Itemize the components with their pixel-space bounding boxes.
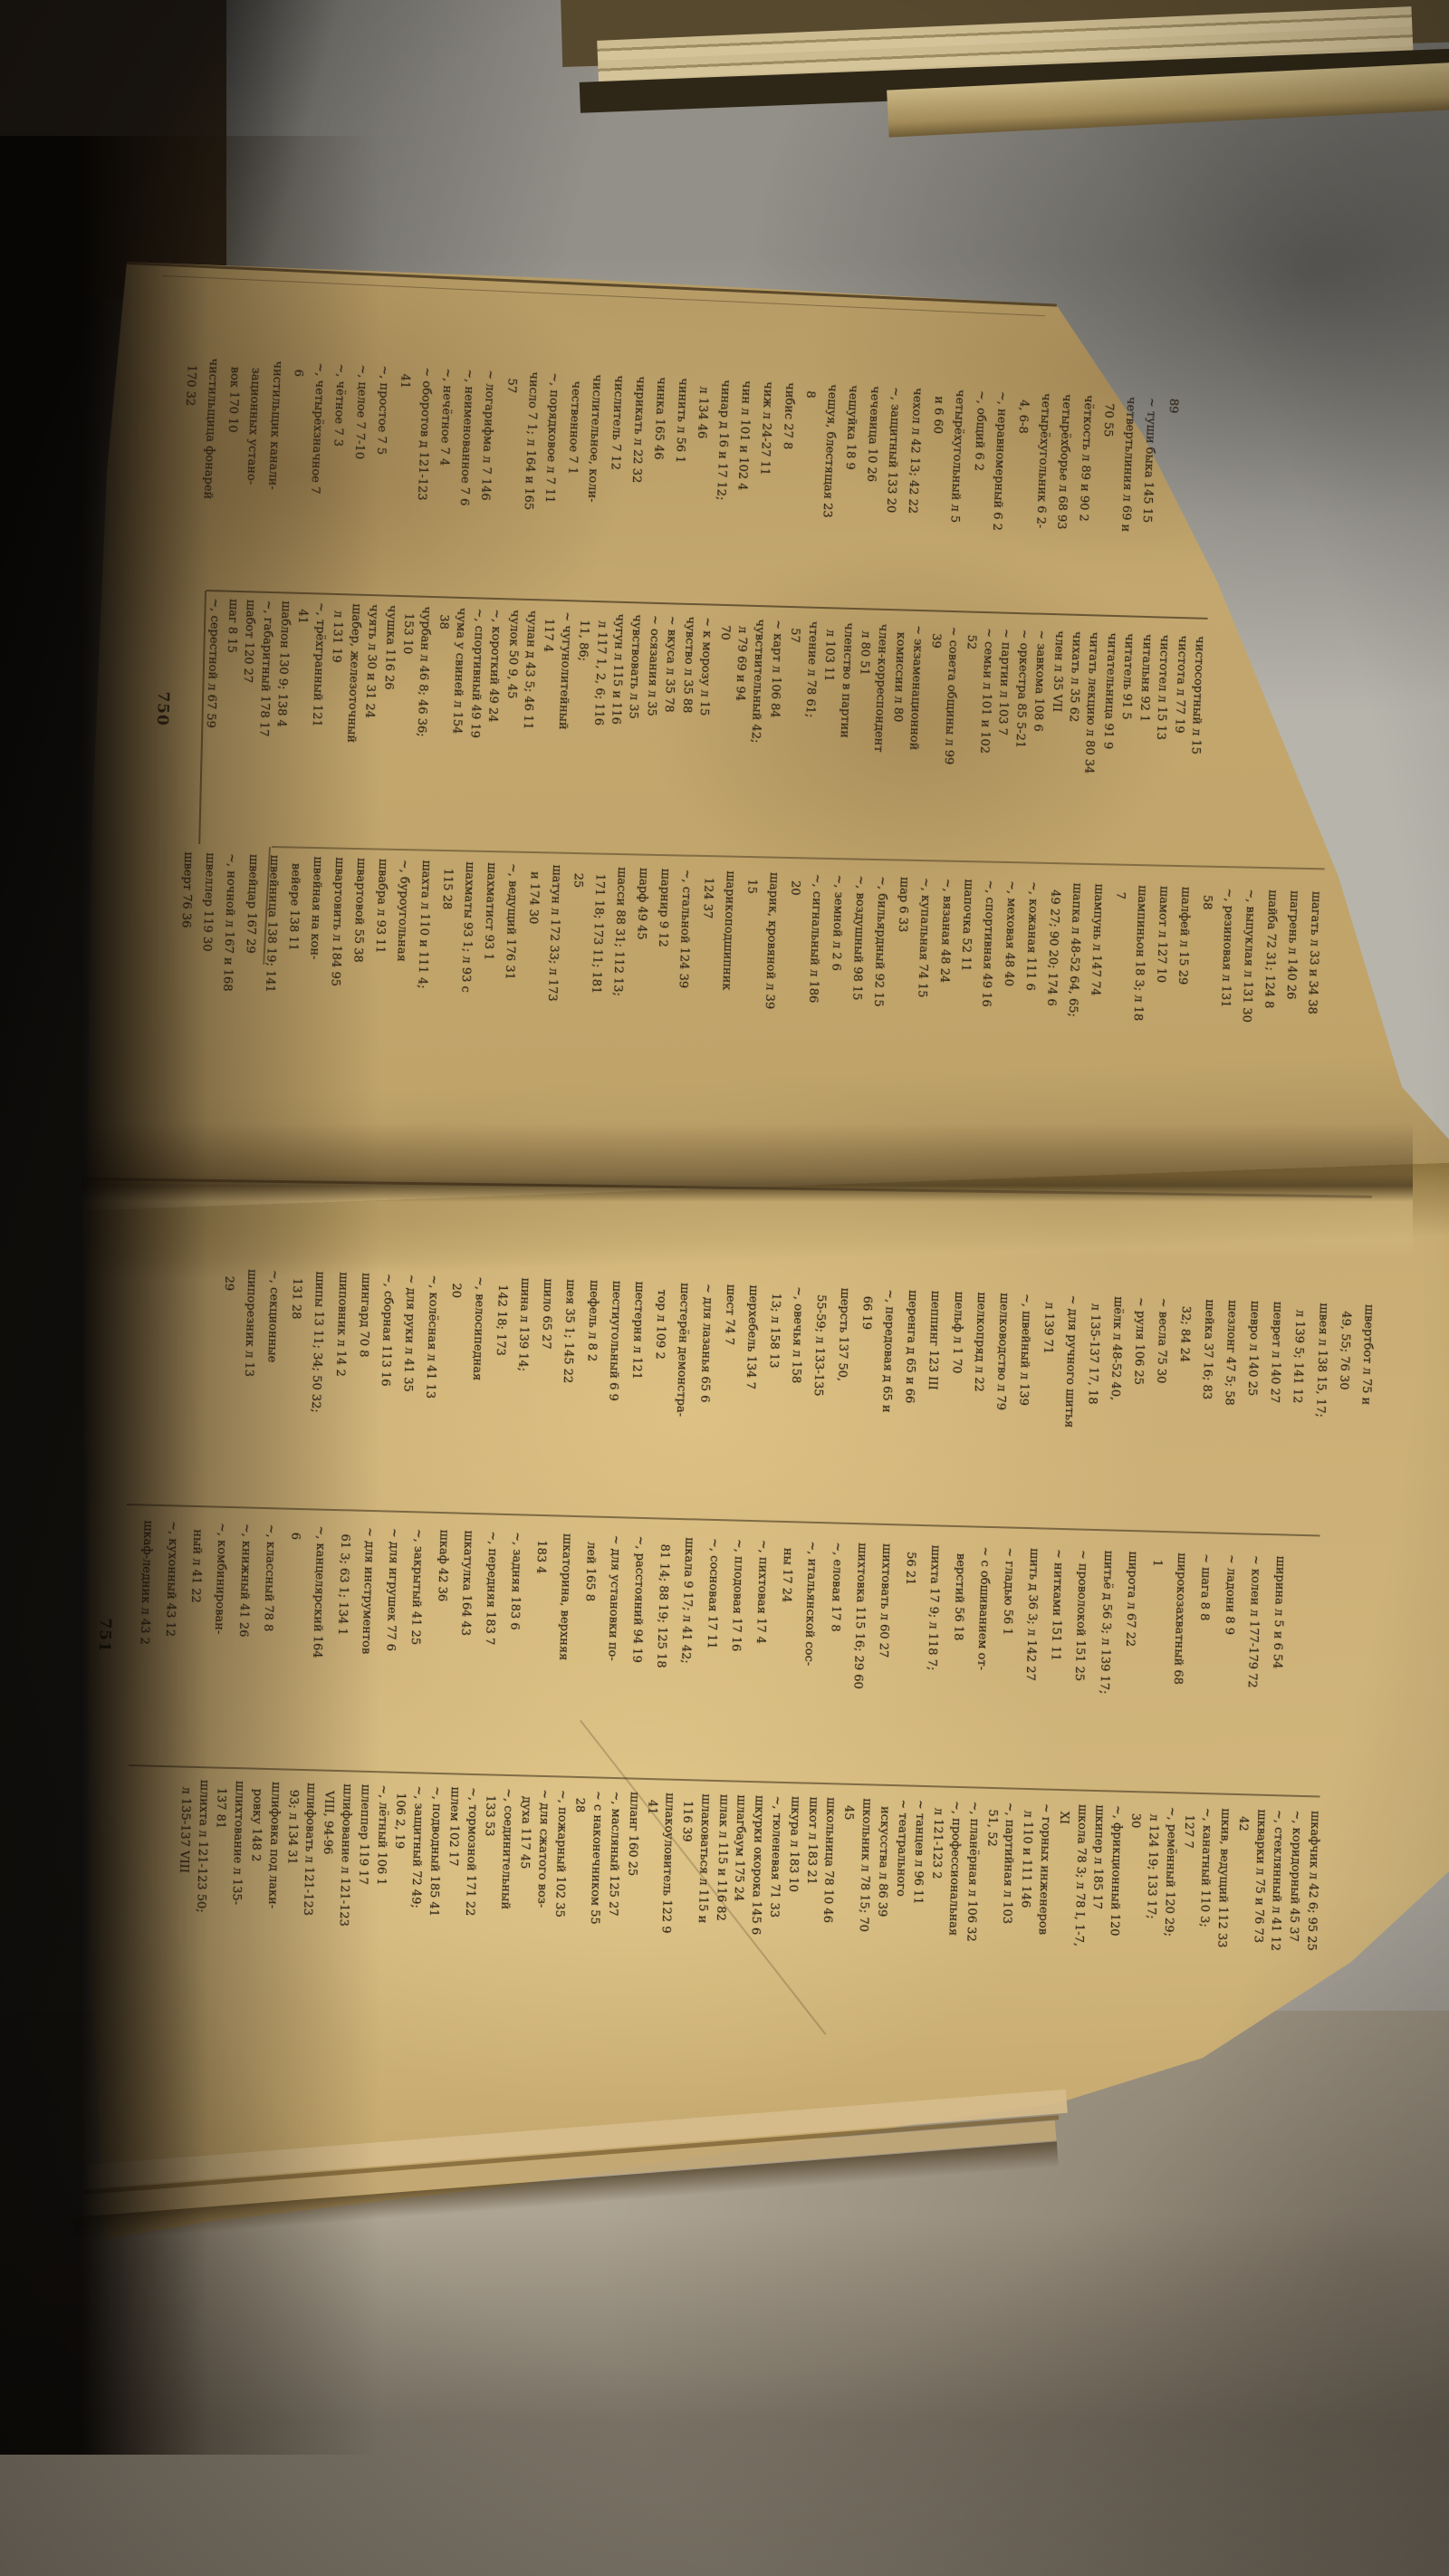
index-column: швертбот л 75 и 49, 55; 76 30 швея л 138… [217, 1268, 1404, 1513]
index-column-lines: швертбот л 75 и 49, 55; 76 30 швея л 138… [210, 1268, 1380, 1549]
photo-of-open-book: 750 751 89 ~ туши быка 145 15 четвертьли… [0, 0, 1449, 2576]
left-edge-shadow [0, 136, 380, 2455]
